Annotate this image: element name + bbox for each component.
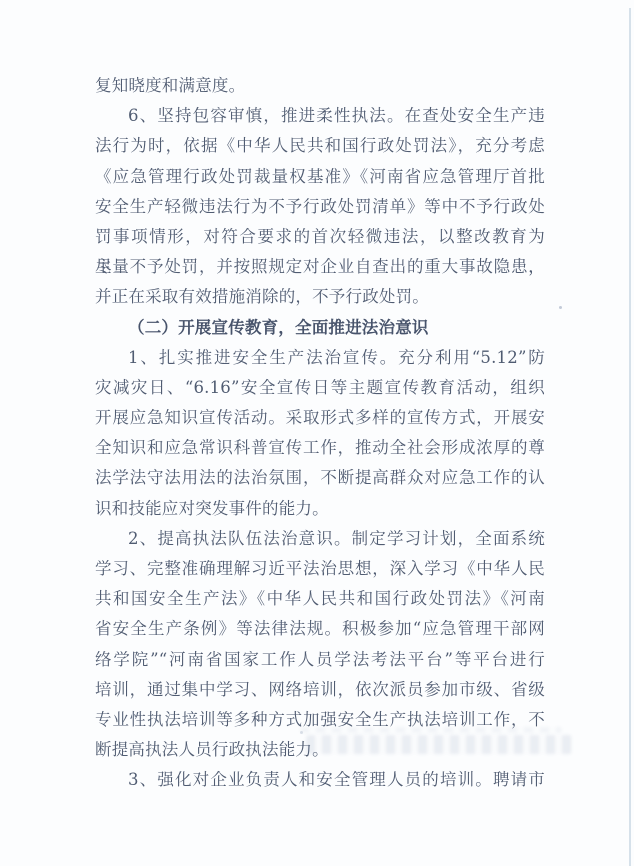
document-text-block: 复知晓度和满意度。 6、坚持包容审慎，推进柔性执法。在查处安全生产违 法行为时，… bbox=[95, 71, 545, 796]
section-heading: （二）开展宣传教育，全面推进法治意识 bbox=[95, 313, 545, 343]
doc-line-4: 《应急管理行政处罚裁量权基准》《河南省应急管理厅首批 bbox=[95, 162, 545, 192]
doc-line-24: 3、强化对企业负责人和安全管理人员的培训。聘请市 bbox=[95, 765, 545, 795]
doc-line-16: 2、提高执法队伍法治意识。制定学习计划，全面系统 bbox=[95, 524, 545, 554]
doc-line-11: 灾减灾日、“6.16”安全宣传日等主题宣传教育活动，组织 bbox=[95, 373, 545, 403]
doc-line-21: 培训，通过集中学习、网络培训，依次派员参加市级、省级 bbox=[95, 675, 545, 705]
doc-line-18: 共和国安全生产法》《中华人民共和国行政处罚法》《河南 bbox=[95, 584, 545, 614]
doc-line-5: 安全生产轻微违法行为不予行政处罚清单》等中不予行政处 bbox=[95, 192, 545, 222]
doc-line-20: 络学院”“河南省国家工作人员学法考法平台”等平台进行 bbox=[95, 645, 545, 675]
doc-line-15: 识和技能应对突发事件的能力。 bbox=[95, 494, 545, 524]
scan-speck bbox=[559, 306, 562, 309]
bleed-through-artifact bbox=[306, 735, 572, 754]
doc-line-17: 学习、完整准确理解习近平法治思想，深入学习《中华人民 bbox=[95, 554, 545, 584]
doc-line-7: 尽量不予处罚，并按照规定对企业自查出的重大事故隐患， bbox=[95, 252, 545, 282]
doc-line-2: 6、坚持包容审慎，推进柔性执法。在查处安全生产违 bbox=[95, 101, 545, 131]
doc-line-19: 省安全生产条例》等法律法规。积极参加“应急管理干部网 bbox=[95, 614, 545, 644]
doc-line-1: 复知晓度和满意度。 bbox=[95, 71, 545, 101]
doc-line-10: 1、扎实推进安全生产法治宣传。充分利用“5.12”防 bbox=[95, 343, 545, 373]
doc-line-8: 并正在采取有效措施消除的，不予行政处罚。 bbox=[95, 282, 545, 312]
doc-line-3: 法行为时，依据《中华人民共和国行政处罚法》，充分考虑 bbox=[95, 131, 545, 161]
doc-line-13: 全知识和应急常识科普宣传工作，推动全社会形成浓厚的尊 bbox=[95, 433, 545, 463]
scan-speck bbox=[300, 731, 303, 734]
doc-line-14: 法学法守法用法的法治氛围，不断提高群众对应急工作的认 bbox=[95, 463, 545, 493]
scan-page-edge-line bbox=[629, 8, 631, 866]
scanned-document-page: 复知晓度和满意度。 6、坚持包容审慎，推进柔性执法。在查处安全生产违 法行为时，… bbox=[0, 0, 634, 866]
bleed-through-artifact bbox=[300, 727, 562, 733]
doc-line-12: 开展应急知识宣传活动。采取形式多样的宣传方式，开展安 bbox=[95, 403, 545, 433]
doc-line-6: 罚事项情形，对符合要求的首次轻微违法，以整改教育为主， bbox=[95, 222, 545, 252]
